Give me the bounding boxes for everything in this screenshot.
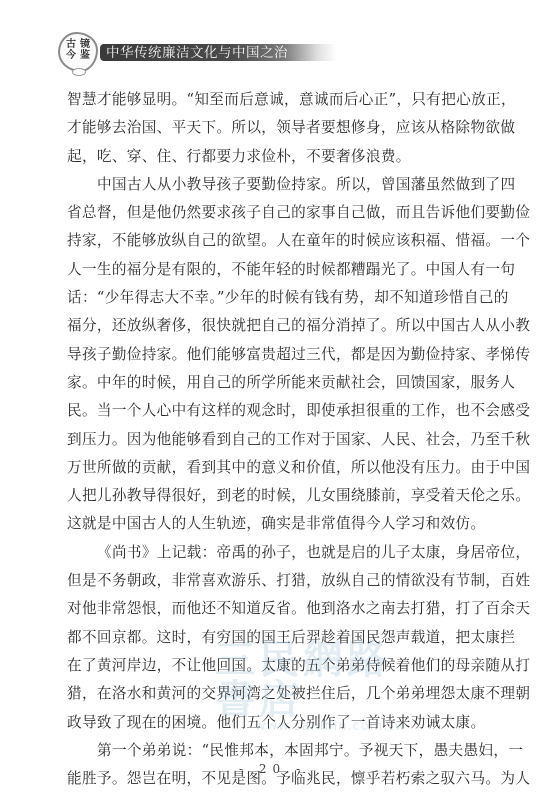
text-line: 对他非常怨恨，而他还不知道反省。他到洛水之南去打猎，打了百余天 bbox=[67, 595, 479, 623]
text-line: 万世所做的贡献，看到其中的意义和价值，所以他没有压力。由于中国 bbox=[67, 454, 479, 482]
text-line: 省总督，但是他仍然要求孩子自己的家事自己做，而且告诉他们要勤俭 bbox=[67, 199, 479, 227]
seal-ornament-icon bbox=[72, 68, 86, 76]
book-title: 中华传统廉洁文化与中国之治 bbox=[106, 45, 288, 61]
text-line: 持家，不能够放纵自己的欲望。人在童年的时候应该积福、惜福。一个 bbox=[67, 227, 479, 255]
seal-char: 鉴 bbox=[78, 51, 92, 62]
text-line: 都不回京都。这时，有穷国的国王后羿趁着国民怨声载道，把太康拦 bbox=[67, 624, 479, 652]
seal-logo: 古 镜 今 鉴 bbox=[58, 32, 98, 72]
text-line: 第一个弟弟说：“民惟邦本，本固邦宁。予视天下，愚夫愚妇，一 bbox=[67, 737, 479, 765]
seal-char: 今 bbox=[64, 51, 78, 62]
text-line: 才能够去治国、平天下。所以，领导者要想修身，应该从格除物欲做 bbox=[67, 114, 479, 142]
text-line: 到压力。因为他能够看到自己的工作对于国家、人民、社会，乃至千秋 bbox=[67, 426, 479, 454]
text-line: 智慧才能够显明。“知至而后意诚，意诚而后心正”，只有把心放正， bbox=[67, 86, 479, 114]
text-line: 人把儿孙教导得很好，到老的时候，儿女围绕膝前，享受着天伦之乐。 bbox=[67, 482, 479, 510]
page-number: - 20 - bbox=[0, 762, 545, 776]
text-line: 但是不务朝政，非常喜欢游乐、打猎，放纵自己的情欲没有节制，百姓 bbox=[67, 567, 479, 595]
text-line: 中国古人从小教导孩子要勤俭持家。所以，曾国藩虽然做到了四 bbox=[67, 171, 479, 199]
running-header: 古 镜 今 鉴 中华传统廉洁文化与中国之治 bbox=[58, 32, 358, 72]
text-line: 这就是中国古人的人生轨迹，确实是非常值得今人学习和效仿。 bbox=[67, 510, 479, 538]
text-line: 猎，在洛水和黄河的交界河湾之处被拦住后，几个弟弟埋怨太康不理朝 bbox=[67, 680, 479, 708]
text-line: 人一生的福分是有限的，不能年轻的时候都糟蹋光了。中国人有一句 bbox=[67, 256, 479, 284]
text-line: 民。当一个人心中有这样的观念时，即使承担很重的工作，也不会感受 bbox=[67, 397, 479, 425]
text-line: 政导致了现在的困境。他们五个人分别作了一首诗来劝诫太康。 bbox=[67, 709, 479, 737]
text-line: 在了黄河岸边，不让他回国。太康的五个弟弟侍候着他们的母亲随从打 bbox=[67, 652, 479, 680]
text-line: 家。中年的时候，用自己的所学所能来贡献社会，回馈国家，服务人 bbox=[67, 369, 479, 397]
text-line: 起，吃、穿、住、行都要力求俭朴，不要奢侈浪费。 bbox=[67, 143, 479, 171]
body-text: 智慧才能够显明。“知至而后意诚，意诚而后心正”，只有把心放正，才能够去治国、平天… bbox=[67, 86, 479, 793]
text-line: 导孩子勤俭持家。他们能够富贵超过三代，都是因为勤俭持家、孝悌传 bbox=[67, 341, 479, 369]
text-line: 福分，还放纵奢侈，很快就把自己的福分消掉了。所以中国古人从小教 bbox=[67, 312, 479, 340]
text-line: 《尚书》上记载：帝禹的孙子，也就是启的儿子太康，身居帝位， bbox=[67, 539, 479, 567]
text-line: 话：“少年得志大不幸。”少年的时候有钱有势，却不知道珍惜自己的 bbox=[67, 284, 479, 312]
